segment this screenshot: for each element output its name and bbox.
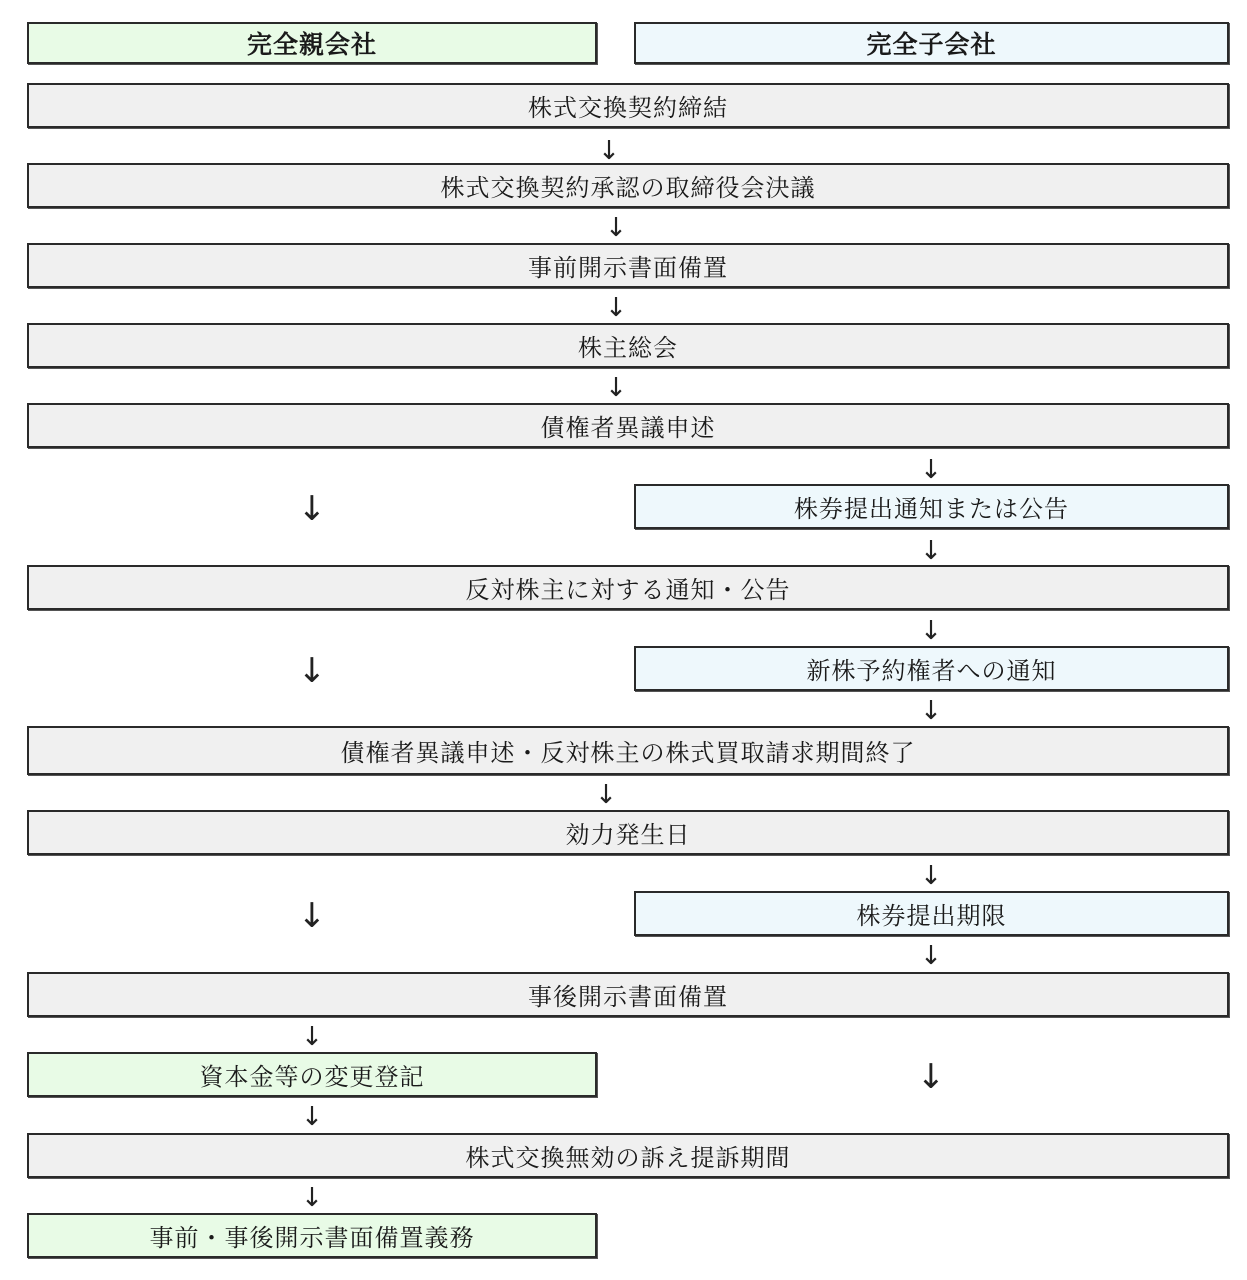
step-share-exchange-agreement: 株式交換契約締結 xyxy=(27,83,1229,128)
step-effective-date: 効力発生日 xyxy=(27,810,1229,855)
arrow-down-icon: ↓ xyxy=(916,698,946,724)
arrow-down-icon: ↓ xyxy=(297,1185,327,1211)
header-subsidiary-company: 完全子会社 xyxy=(634,22,1229,64)
step-dissenting-shareholder-notice: 反対株主に対する通知・公告 xyxy=(27,565,1229,610)
arrow-down-icon: ↓ xyxy=(916,457,946,483)
arrow-down-icon: ↓ xyxy=(601,295,631,321)
step-board-resolution: 株式交換契約承認の取締役会決議 xyxy=(27,163,1229,208)
step-capital-change-registration: 資本金等の変更登記 xyxy=(27,1052,597,1097)
arrow-down-icon: ↓ xyxy=(601,375,631,401)
arrow-down-icon: ↓ xyxy=(297,1104,327,1130)
arrow-down-icon: ↓ xyxy=(916,863,946,889)
arrow-down-icon: ↓ xyxy=(916,1060,946,1094)
arrow-down-icon: ↓ xyxy=(601,215,631,241)
step-share-certificate-notice: 株券提出通知または公告 xyxy=(634,484,1229,529)
step-invalidity-action-period: 株式交換無効の訴え提訴期間 xyxy=(27,1133,1229,1178)
arrow-down-icon: ↓ xyxy=(916,943,946,969)
arrow-down-icon: ↓ xyxy=(297,1024,327,1050)
step-stock-option-holder-notice: 新株予約権者への通知 xyxy=(634,646,1229,691)
arrow-down-icon: ↓ xyxy=(594,138,624,164)
header-parent-company: 完全親会社 xyxy=(27,22,597,64)
step-share-certificate-deadline: 株券提出期限 xyxy=(634,891,1229,936)
arrow-down-icon: ↓ xyxy=(297,899,327,933)
step-creditor-objection: 債権者異議申述 xyxy=(27,403,1229,448)
arrow-down-icon: ↓ xyxy=(916,618,946,644)
step-post-disclosure: 事後開示書面備置 xyxy=(27,972,1229,1017)
step-objection-period-end: 債権者異議申述・反対株主の株式買取請求期間終了 xyxy=(27,726,1229,775)
step-shareholders-meeting: 株主総会 xyxy=(27,323,1229,368)
arrow-down-icon: ↓ xyxy=(297,492,327,526)
arrow-down-icon: ↓ xyxy=(591,782,621,808)
step-prior-disclosure: 事前開示書面備置 xyxy=(27,243,1229,288)
step-disclosure-retention-obligation: 事前・事後開示書面備置義務 xyxy=(27,1213,597,1258)
arrow-down-icon: ↓ xyxy=(916,538,946,564)
arrow-down-icon: ↓ xyxy=(297,654,327,688)
